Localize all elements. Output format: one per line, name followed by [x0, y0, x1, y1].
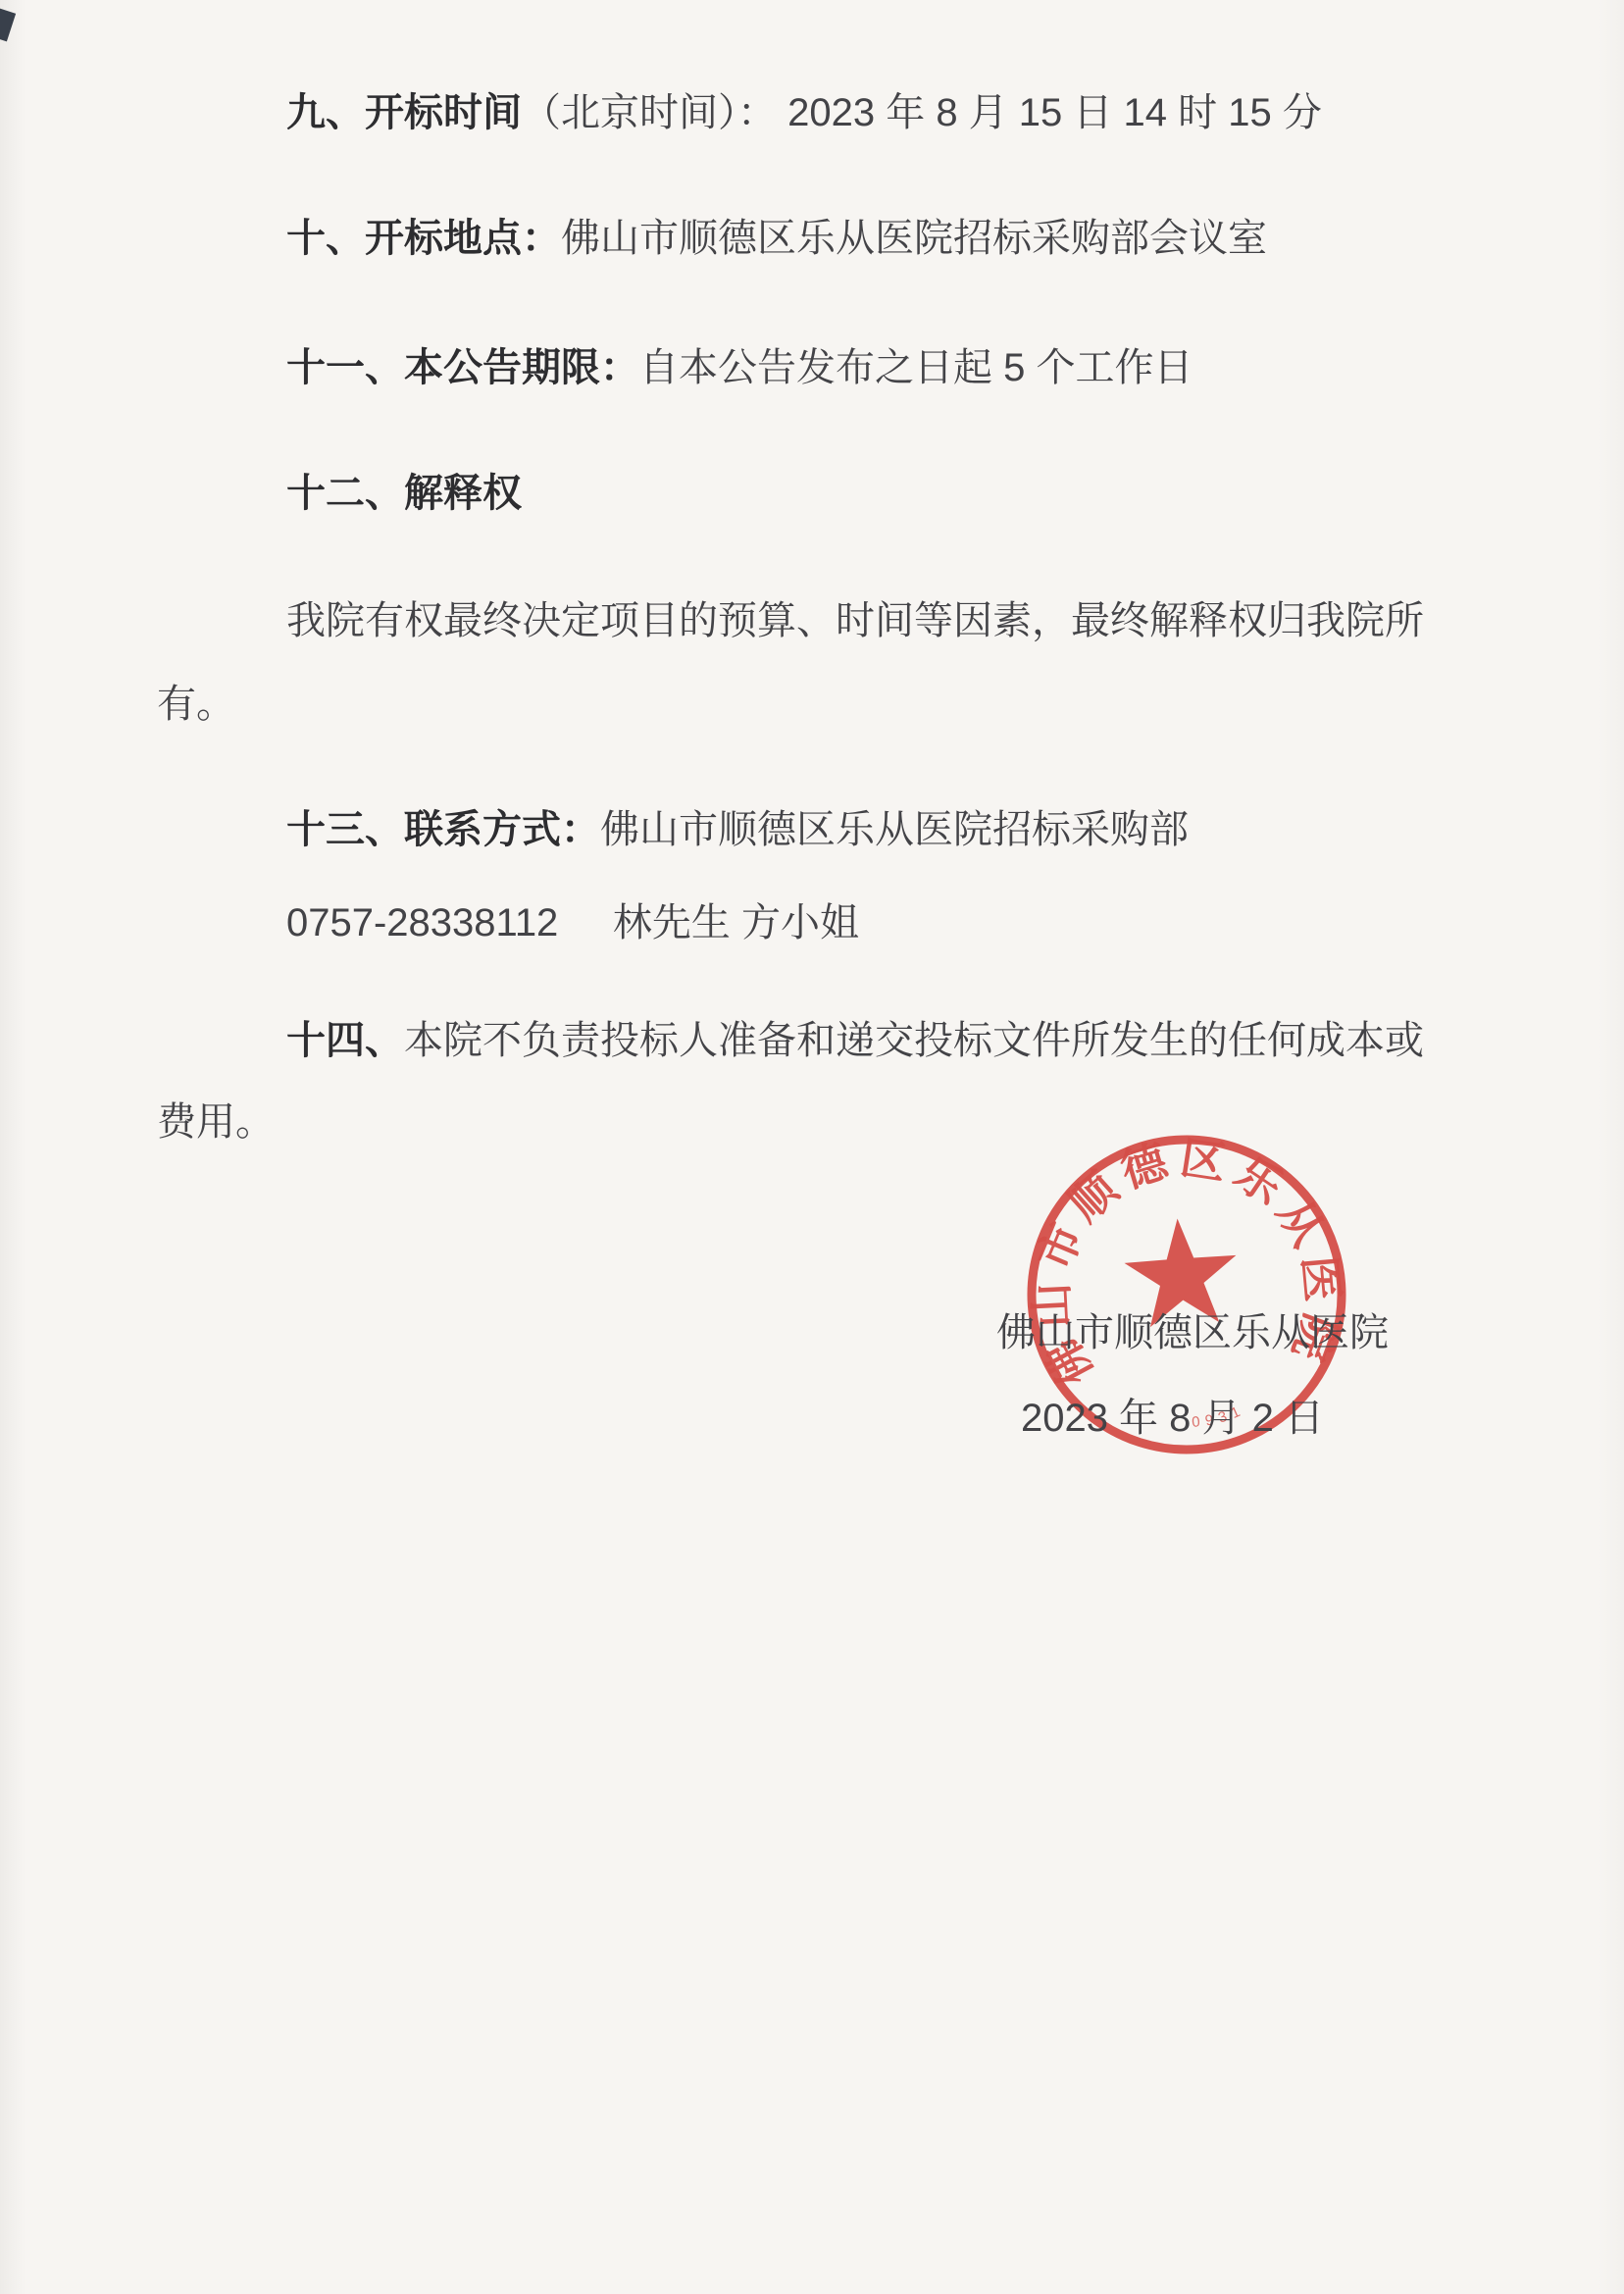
paragraph-text: 我院有权最终决定项目的预算、时间等因素，最终解释权归我院所: [286, 599, 1424, 642]
paragraph-text: 费用。: [157, 1100, 275, 1144]
line-opening-time: 九、开标时间（北京时间）： 2023 年 8 月 15 日 14 时 15 分: [157, 93, 1389, 132]
line-cost-disclaimer-2: 费用。: [157, 1102, 1389, 1142]
paragraph-interpretation-body-1: 我院有权最终决定项目的预算、时间等因素，最终解释权归我院所: [157, 601, 1389, 640]
paragraph-text: 有。: [157, 683, 235, 726]
opening-venue-label: 十、开标地点：: [286, 217, 561, 260]
signature-date: 2023 年 8 月 2 日: [157, 1399, 1389, 1438]
opening-venue-value: 佛山市顺德区乐从医院招标采购部会议室: [561, 217, 1267, 260]
signature-organization-text: 佛山市顺德区乐从医院: [996, 1311, 1389, 1354]
line-notice-period: 十一、本公告期限：自本公告发布之日起 5 个工作日: [157, 348, 1389, 387]
contact-info-label: 十三、联系方式：: [286, 808, 600, 851]
line-contact-info: 十三、联系方式：佛山市顺德区乐从医院招标采购部: [157, 810, 1389, 849]
cost-disclaimer-value: 本院不负责投标人准备和递交投标文件所发生的任何成本或: [404, 1019, 1424, 1062]
signature-organization: 佛山市顺德区乐从医院: [157, 1313, 1389, 1352]
cost-disclaimer-label: 十四、: [286, 1019, 404, 1062]
interpretation-right-label: 十二、解释权: [286, 472, 522, 515]
line-opening-venue: 十、开标地点：佛山市顺德区乐从医院招标采购部会议室: [157, 219, 1389, 258]
notice-period-label: 十一、本公告期限：: [286, 346, 639, 389]
opening-time-label: 九、开标时间: [286, 91, 522, 134]
opening-time-value: （北京时间）： 2023 年 8 月 15 日 14 时 15 分: [522, 91, 1322, 134]
paragraph-interpretation-body-2: 有。: [157, 685, 1389, 724]
tender-notice-page: 九、开标时间（北京时间）： 2023 年 8 月 15 日 14 时 15 分 …: [0, 0, 1624, 2294]
line-interpretation-right: 十二、解释权: [157, 474, 1389, 513]
line-cost-disclaimer-1: 十四、本院不负责投标人准备和递交投标文件所发生的任何成本或: [157, 1021, 1389, 1060]
line-contact-phone: 0757-28338112 林先生 方小姐: [157, 903, 1389, 943]
signature-date-text: 2023 年 8 月 2 日: [1021, 1397, 1324, 1440]
contact-info-value: 佛山市顺德区乐从医院招标采购部: [600, 808, 1189, 851]
notice-period-value: 自本公告发布之日起 5 个工作日: [639, 346, 1193, 389]
contact-phone-and-names: 0757-28338112 林先生 方小姐: [286, 901, 859, 944]
